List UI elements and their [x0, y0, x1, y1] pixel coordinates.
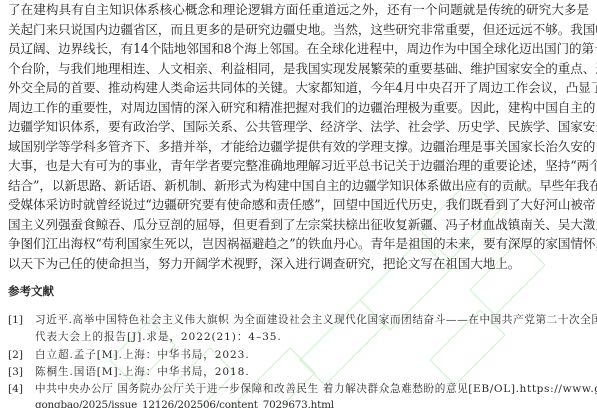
body-line: 结合”，以新思路、新话语、新机制、新形式为构建中国自主的边疆学知识体系做出应有的… — [8, 176, 589, 196]
body-line: 了在建构具有自主知识体系核心概念和理论逻辑方面任重道远之外，还有一个问题就是传统… — [8, 0, 589, 20]
references-heading: 参考文献 — [8, 282, 54, 300]
body-line: 周边工作的重要性，对周边国情的深入研究和精准把握对我们的边疆治理极为重要。因此，… — [8, 98, 589, 118]
body-line: 国主义列强蚕食鲸吞、瓜分豆剖的屈辱，但更看到了左宗棠扶榇出征收复新疆、冯子材血战… — [8, 215, 589, 235]
body-line: 关起门来只说国内边疆省区，而且更多的是研究边疆史地。当然，这些研究非常重要，但还… — [8, 20, 589, 40]
body-line: 员辽阔、边界线长，有14个陆地邻国和8个海上邻国。在全球化进程中，周边作为中国全… — [8, 39, 589, 59]
body-line: 外交全局的首要、推动构建人类命运共同体的关键。大家都知道，今年4月中央召开了周边… — [8, 78, 589, 98]
body-line: 边疆学知识体系，要有政治学、国际关系、公共管理学、经济学、法学、社会学、历史学、… — [8, 117, 589, 137]
reference-url[interactable]: gongbao/2025/issue_12126/202506/content_… — [35, 397, 334, 408]
reference-text: 中共中央办公厅 国务院办公厅关于进一步保障和改善民生 着力解决群众急难愁盼的意见… — [35, 381, 590, 398]
body-line: 域国别学等学科多管齐下、多措并举，才能给边疆学提供有效的学理支撑。边疆治理是事关… — [8, 137, 589, 157]
reference-number: [2] — [8, 347, 32, 364]
body-line: 受媒体采访时就曾经说过“边疆研究要有使命感和责任感”，回望中国近代历史，我们既看… — [8, 195, 589, 215]
body-line: 以天下为己任的使命担当，努力开阔学术视野，深入进行调查研究，把论文写在祖国大地上… — [8, 254, 589, 274]
reference-number: [1] — [8, 312, 32, 329]
body-line: 大事，也是大有可为的事业，青年学者要完整准确地理解习近平总书记关于边疆治理的重要… — [8, 156, 589, 176]
body-paragraph: 了在建构具有自主知识体系核心概念和理论逻辑方面任重道远之外，还有一个问题就是传统… — [8, 0, 589, 273]
reference-number: [3] — [8, 364, 32, 381]
reference-text: 白立超.孟子[M].上海：中华书局，2023. — [35, 347, 590, 364]
reference-text: 陈桐生.国语[M].上海：中华书局，2018. — [35, 364, 590, 381]
body-line: 争图们江出海权“苟利国家生死以，岂因祸福避趋之”的铁血丹心。青年是祖国的未来，要… — [8, 234, 589, 254]
reference-number: [4] — [8, 381, 32, 398]
body-line: 个台阶，与我们地理相连、人文相亲、利益相同，是我国实现发展繁荣的重要基础、维护国… — [8, 59, 589, 79]
paper-page: 了在建构具有自主知识体系核心概念和理论逻辑方面任重道远之外，还有一个问题就是传统… — [0, 0, 597, 408]
reference-text-continuation: 代表大会上的报告[J].求是，2022(21)：4–35. — [35, 329, 282, 346]
reference-text: 习近平.高举中国特色社会主义伟大旗帜 为全面建设社会主义现代化国家而团结奋斗——… — [35, 312, 590, 329]
